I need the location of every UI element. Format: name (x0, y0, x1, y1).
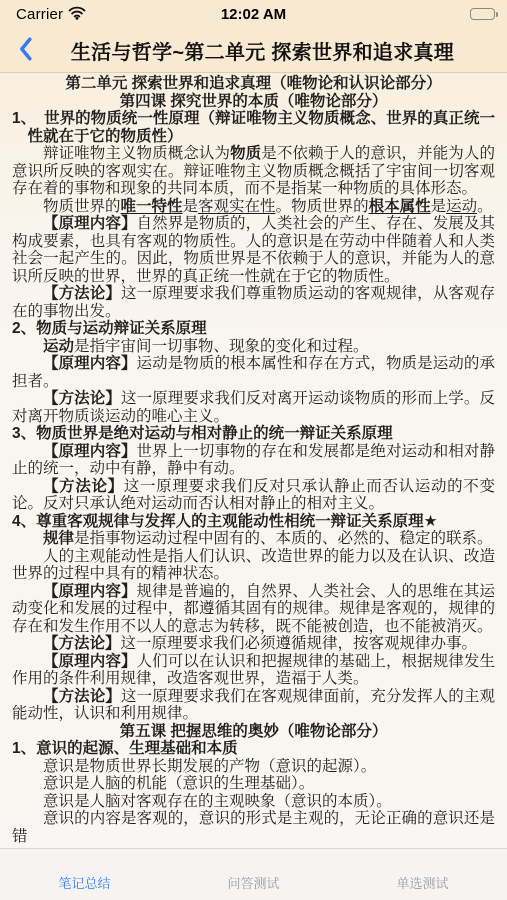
tab-notes-summary[interactable]: 笔记总结 (0, 849, 169, 900)
text-segment: 。 (477, 198, 493, 215)
text-segment: 物质 (230, 145, 261, 162)
paragraph: 4、尊重客观规律与发挥人的主观能动性相统一辩证关系原理★ (12, 513, 495, 531)
carrier-label: Carrier (10, 6, 63, 23)
text-segment: 运动 (446, 198, 477, 215)
paragraph: 辩证唯物主义物质概念认为物质是不依赖于人的意识，并能为人的意识所反映的客观实在。… (12, 145, 495, 198)
tab-qa-test[interactable]: 问答测试 (169, 849, 338, 900)
text-segment: 是指事物运动过程中固有的、本质的、必然的、稳定的联系。 (74, 530, 493, 547)
clock: 12:02 AM (160, 6, 347, 23)
paragraph: 【方法论】这一原理要求我们在客观规律面前，充分发挥人的主观能动性，认识和利用规律… (12, 688, 495, 723)
text-segment: 1、意识的起源、生理基础和本质 (12, 740, 238, 757)
text-segment: 意识的内容是客观的，意识的形式是主观的，无论正确的意识还是错 (12, 810, 495, 845)
status-bar: Carrier 12:02 AM (0, 0, 507, 28)
paragraph: 物质世界的唯一特性是客观实在性。物质世界的根本属性是运动。 (12, 198, 495, 216)
battery-icon (470, 8, 495, 20)
text-segment: 【原理内容】 (43, 215, 137, 232)
text-segment: 是指宇宙间一切事物、现象的变化和过程。 (74, 338, 369, 355)
paragraph: 【原理内容】世界上一切事物的存在和发展都是绝对运动和相对静止的统一，动中有静，静… (12, 443, 495, 478)
note-content[interactable]: 第二单元 探索世界和追求真理（唯物论和认识论部分）第四课 探究世界的本质（唯物论… (0, 73, 507, 848)
paragraph: 规律是指事物运动过程中固有的、本质的、必然的、稳定的联系。 (12, 530, 495, 548)
text-segment: 1、 世界的物质统一性原理（辩证唯物主义物质概念、世界的真正统一性就在于它的物质… (12, 110, 495, 145)
tab-label: 问答测试 (227, 873, 279, 892)
paragraph: 意识是人脑的机能（意识的生理基础）。 (12, 775, 495, 793)
text-segment: 【原理内容】 (43, 443, 137, 460)
app-screen: Carrier 12:02 AM (0, 0, 507, 900)
back-button[interactable] (10, 36, 40, 66)
paragraph: 2、物质与运动辩证关系原理 (12, 320, 495, 338)
battery-nub (496, 12, 499, 17)
paragraph: 【方法论】这一原理要求我们尊重物质运动的客观规律，从客观存在的事物出发。 (12, 285, 495, 320)
text-segment: 人的主观能动性是指人们认识、改造世界的能力以及在认识、改造世界的过程中具有的精神… (12, 548, 495, 583)
text-segment: 4、尊重客观规律与发挥人的主观能动性相统一辩证关系原理★ (12, 513, 438, 530)
text-segment: 意识是人脑对客观存在的主观映象（意识的本质）。 (43, 793, 392, 810)
paragraph: 第五课 把握思维的奥妙（唯物论部分） (12, 723, 495, 741)
text-segment: 唯一特性 (121, 198, 183, 215)
text-segment: 【方法论】 (43, 285, 121, 302)
text-segment: 意识是人脑的机能（意识的生理基础）。 (43, 775, 314, 792)
wifi-icon (68, 6, 86, 25)
paragraph: 第二单元 探索世界和追求真理（唯物论和认识论部分） (12, 75, 495, 93)
paragraph: 意识是人脑对客观存在的主观映象（意识的本质）。 (12, 793, 495, 811)
paragraph: 意识的内容是客观的，意识的形式是主观的，无论正确的意识还是错 (12, 810, 495, 845)
text-segment: 【原理内容】 (43, 355, 137, 372)
text-segment: 2、物质与运动辩证关系原理 (12, 320, 207, 337)
text-segment: 【原理内容】 (43, 653, 137, 670)
paragraph: 【方法论】这一原理要求我们反对只承认静止而否认运动的不变论。反对只承认绝对运动而… (12, 478, 495, 513)
paragraph: 【方法论】这一原理要求我们必须遵循规律，按客观规律办事。 (12, 635, 495, 653)
page-title: 生活与哲学~第二单元 探索世界和追求真理 (53, 36, 454, 65)
text-segment: 辩证唯物主义物质概念认为 (43, 145, 230, 162)
paragraph: 1、意识的起源、生理基础和本质 (12, 740, 495, 758)
paragraph: 【原理内容】运动是物质的根本属性和存在方式，物质是运动的承担者。 (12, 355, 495, 390)
status-bar-right (347, 8, 497, 20)
text-segment: 第五课 把握思维的奥妙（唯物论部分） (120, 723, 388, 740)
text-segment: 【方法论】 (43, 688, 121, 705)
paragraph: 【原理内容】人们可以在认识和把握规律的基础上，根据规律发生作用的条件利用规律，改… (12, 653, 495, 688)
paragraph: 3、物质世界是绝对运动与相对静止的统一辩证关系原理 (12, 425, 495, 443)
text-segment: 。物质世界的 (276, 198, 369, 215)
tab-bar: 笔记总结问答测试单选测试 (0, 848, 507, 900)
paragraph: 【方法论】这一原理要求我们反对离开运动谈物质的形而上学。反对离开物质谈运动的唯心… (12, 390, 495, 425)
tab-label: 笔记总结 (58, 873, 110, 892)
paragraph: 1、 世界的物质统一性原理（辩证唯物主义物质概念、世界的真正统一性就在于它的物质… (12, 110, 495, 145)
text-segment: 根本属性 (369, 198, 431, 215)
paragraph: 运动是指宇宙间一切事物、现象的变化和过程。 (12, 338, 495, 356)
paragraph: 人的主观能动性是指人们认识、改造世界的能力以及在认识、改造世界的过程中具有的精神… (12, 548, 495, 583)
nav-bar: 生活与哲学~第二单元 探索世界和追求真理 (0, 28, 507, 73)
text-segment: 运动 (43, 338, 74, 355)
text-segment: 是 (431, 198, 447, 215)
tab-single-choice-test[interactable]: 单选测试 (338, 849, 507, 900)
text-segment: 物质世界的 (43, 198, 121, 215)
paragraph: 第四课 探究世界的本质（唯物论部分） (12, 93, 495, 111)
text-segment: 3、物质世界是绝对运动与相对静止的统一辩证关系原理 (12, 425, 393, 442)
status-bar-left: Carrier (10, 4, 160, 25)
chevron-left-icon (19, 37, 32, 66)
text-segment: 【方法论】 (43, 478, 124, 495)
text-segment: 【原理内容】 (43, 583, 137, 600)
paragraph: 意识是物质世界长期发展的产物（意识的起源）。 (12, 758, 495, 776)
text-segment: 【方法论】 (43, 635, 121, 652)
text-segment: 这一原理要求我们必须遵循规律，按客观规律办事。 (121, 635, 478, 652)
paragraph: 【原理内容】规律是普遍的，自然界、人类社会、人的思维在其运动变化和发展的过程中，… (12, 583, 495, 636)
text-segment: 第四课 探究世界的本质（唯物论部分） (120, 93, 388, 110)
text-segment: 是 (183, 198, 199, 215)
paragraph: 【原理内容】自然界是物质的，人类社会的产生、存在、发展及其构成要素，也具有客观的… (12, 215, 495, 285)
text-segment: 第二单元 探索世界和追求真理（唯物论和认识论部分） (65, 75, 441, 92)
tab-label: 单选测试 (396, 873, 448, 892)
text-segment: 规律 (43, 530, 74, 547)
text-segment: 【方法论】 (43, 390, 121, 407)
text-segment: 意识是物质世界长期发展的产物（意识的起源）。 (43, 758, 376, 775)
text-segment: 客观实在性 (198, 198, 276, 215)
